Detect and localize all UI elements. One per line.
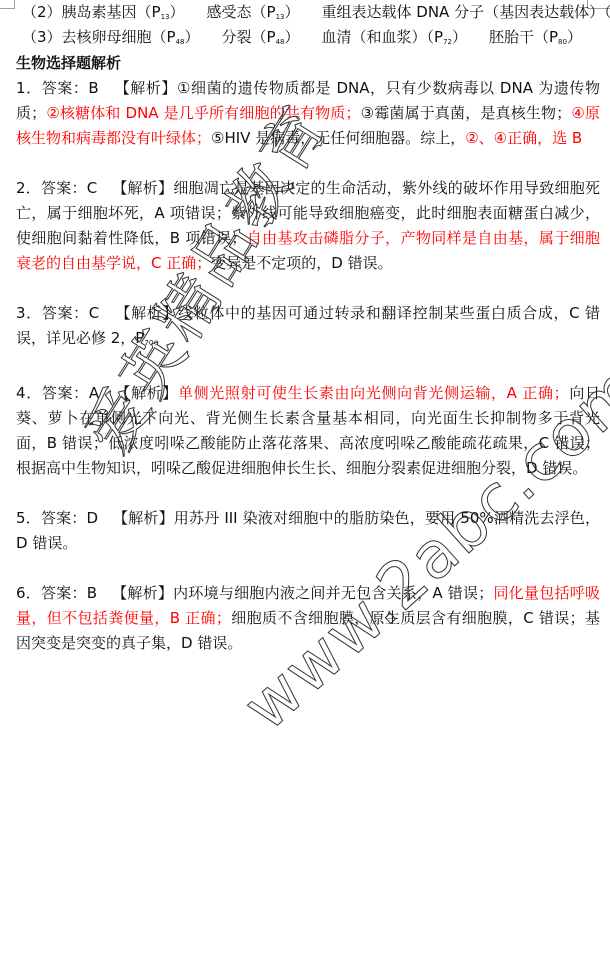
intro-item-close: ） xyxy=(567,28,582,46)
document-body: （2）胰岛素基因（P13）感受态（P13）重组表达载体 DNA 分子（基因表达载… xyxy=(16,0,600,656)
page-number: 48 xyxy=(276,38,285,46)
intro-item-close: ） xyxy=(185,28,200,46)
intro-item-text: 分裂（P xyxy=(222,28,276,46)
intro-item: 胚胎干（P80） xyxy=(489,28,582,46)
intro-item-text: 重组表达载体 DNA 分子（基因表达载体）（P xyxy=(322,3,610,21)
question-number: 5． xyxy=(16,509,41,527)
question-explanation: 5．答案：D 【解析】用苏丹 III 染液对细胞中的脂肪染色，要用 50%酒精洗… xyxy=(16,506,600,556)
intro-item-close: ） xyxy=(285,28,300,46)
question-explanation: 6．答案：B 【解析】内环境与细胞内液之间并无包含关系，A 错误；同化量包括呼吸… xyxy=(16,581,600,656)
page-corner-mark-left xyxy=(0,0,15,9)
intro-item: 胰岛素基因（P13） xyxy=(62,3,185,21)
explanation-text: 70 xyxy=(144,339,153,347)
intro-item: 重组表达载体 DNA 分子（基因表达载体）（P13） xyxy=(322,3,610,21)
intro-line: （3）去核卵母细胞（P48）分裂（P48）血清（和血浆）（P72）胚胎干（P80… xyxy=(16,25,600,50)
analysis-tag: 【解析】 xyxy=(115,79,177,97)
question-explanation: 4．答案：A 【解析】单侧光照射可使生长素由向光侧向背光侧运输，A 正确；向日葵… xyxy=(16,381,600,481)
intro-item-close: ） xyxy=(170,3,185,21)
explanation-text: 内环境与细胞内液之间并无包含关系，A 错误； xyxy=(173,584,493,602)
page-number: 48 xyxy=(176,38,185,46)
highlighted-text: ②核糖体和 DNA 是几乎所有细胞的共有物质； xyxy=(46,104,360,122)
page-number: 13 xyxy=(161,13,170,21)
question-explanation: 3．答案：C 【解析】线粒体中的基因可通过转录和翻译控制某些蛋白质合成，C 错误… xyxy=(16,301,600,356)
question-number: 4． xyxy=(16,384,42,402)
analysis-tag: 【解析】 xyxy=(112,179,173,197)
intro-item-close: ） xyxy=(452,28,467,46)
question-number: 1． xyxy=(16,79,42,97)
analysis-tag: 【解析】 xyxy=(115,304,178,322)
intro-item: 血清（和血浆）（P72） xyxy=(322,28,467,46)
highlighted-text: ②、④正确，选 B xyxy=(465,129,582,147)
intro-item-text: 血清（和血浆）（P xyxy=(322,28,444,46)
highlighted-text: 单侧光照射可使生长素由向光侧向背光侧运输，A 正确； xyxy=(178,384,569,402)
analysis-tag: 【解析】 xyxy=(115,384,178,402)
page-number: 13 xyxy=(276,13,285,21)
question-explanation: 2．答案：C 【解析】细胞凋亡是基因决定的生命活动，紫外线的破坏作用导致细胞死亡… xyxy=(16,176,600,276)
answer-label: 答案：B xyxy=(41,584,112,602)
question-list: 1．答案：B 【解析】①细菌的遗传物质都是 DNA，只有少数病毒以 DNA 为遗… xyxy=(16,76,600,656)
section-title: 生物选择题解析 xyxy=(16,51,600,76)
intro-item-text: 感受态（P xyxy=(207,3,276,21)
answer-label: 答案：A xyxy=(42,384,115,402)
answer-label: 答案：D xyxy=(41,509,113,527)
intro-label: （2） xyxy=(22,3,62,21)
page-number: 80 xyxy=(558,38,567,46)
question-number: 6． xyxy=(16,584,41,602)
analysis-tag: 【解析】 xyxy=(112,584,173,602)
answer-label: 答案：B xyxy=(42,79,115,97)
intro-answers: （2）胰岛素基因（P13）感受态（P13）重组表达载体 DNA 分子（基因表达载… xyxy=(16,0,600,50)
explanation-text: 变异是不定项的，D 错误。 xyxy=(211,254,392,272)
intro-item: 分裂（P48） xyxy=(222,28,300,46)
page-number: 72 xyxy=(443,38,452,46)
intro-item-text: 胚胎干（P xyxy=(489,28,558,46)
intro-label: （3） xyxy=(22,28,62,46)
intro-item-close: ） xyxy=(285,3,300,21)
intro-line: （2）胰岛素基因（P13）感受态（P13）重组表达载体 DNA 分子（基因表达载… xyxy=(16,0,600,25)
intro-item: 去核卵母细胞（P48） xyxy=(62,28,200,46)
explanation-text: ⑤HIV 是病毒，无任何细胞器。综上， xyxy=(211,129,465,147)
explanation-text: ③霉菌属于真菌，是真核生物； xyxy=(360,104,571,122)
question-explanation: 1．答案：B 【解析】①细菌的遗传物质都是 DNA，只有少数病毒以 DNA 为遗… xyxy=(16,76,600,151)
explanation-text: 。 xyxy=(153,329,168,347)
question-number: 3． xyxy=(16,304,42,322)
intro-item-text: 胰岛素基因（P xyxy=(62,3,161,21)
question-number: 2． xyxy=(16,179,41,197)
analysis-tag: 【解析】 xyxy=(113,509,174,527)
intro-item-text: 去核卵母细胞（P xyxy=(62,28,176,46)
answer-label: 答案：C xyxy=(41,179,112,197)
answer-label: 答案：C xyxy=(42,304,116,322)
intro-item: 感受态（P13） xyxy=(207,3,300,21)
